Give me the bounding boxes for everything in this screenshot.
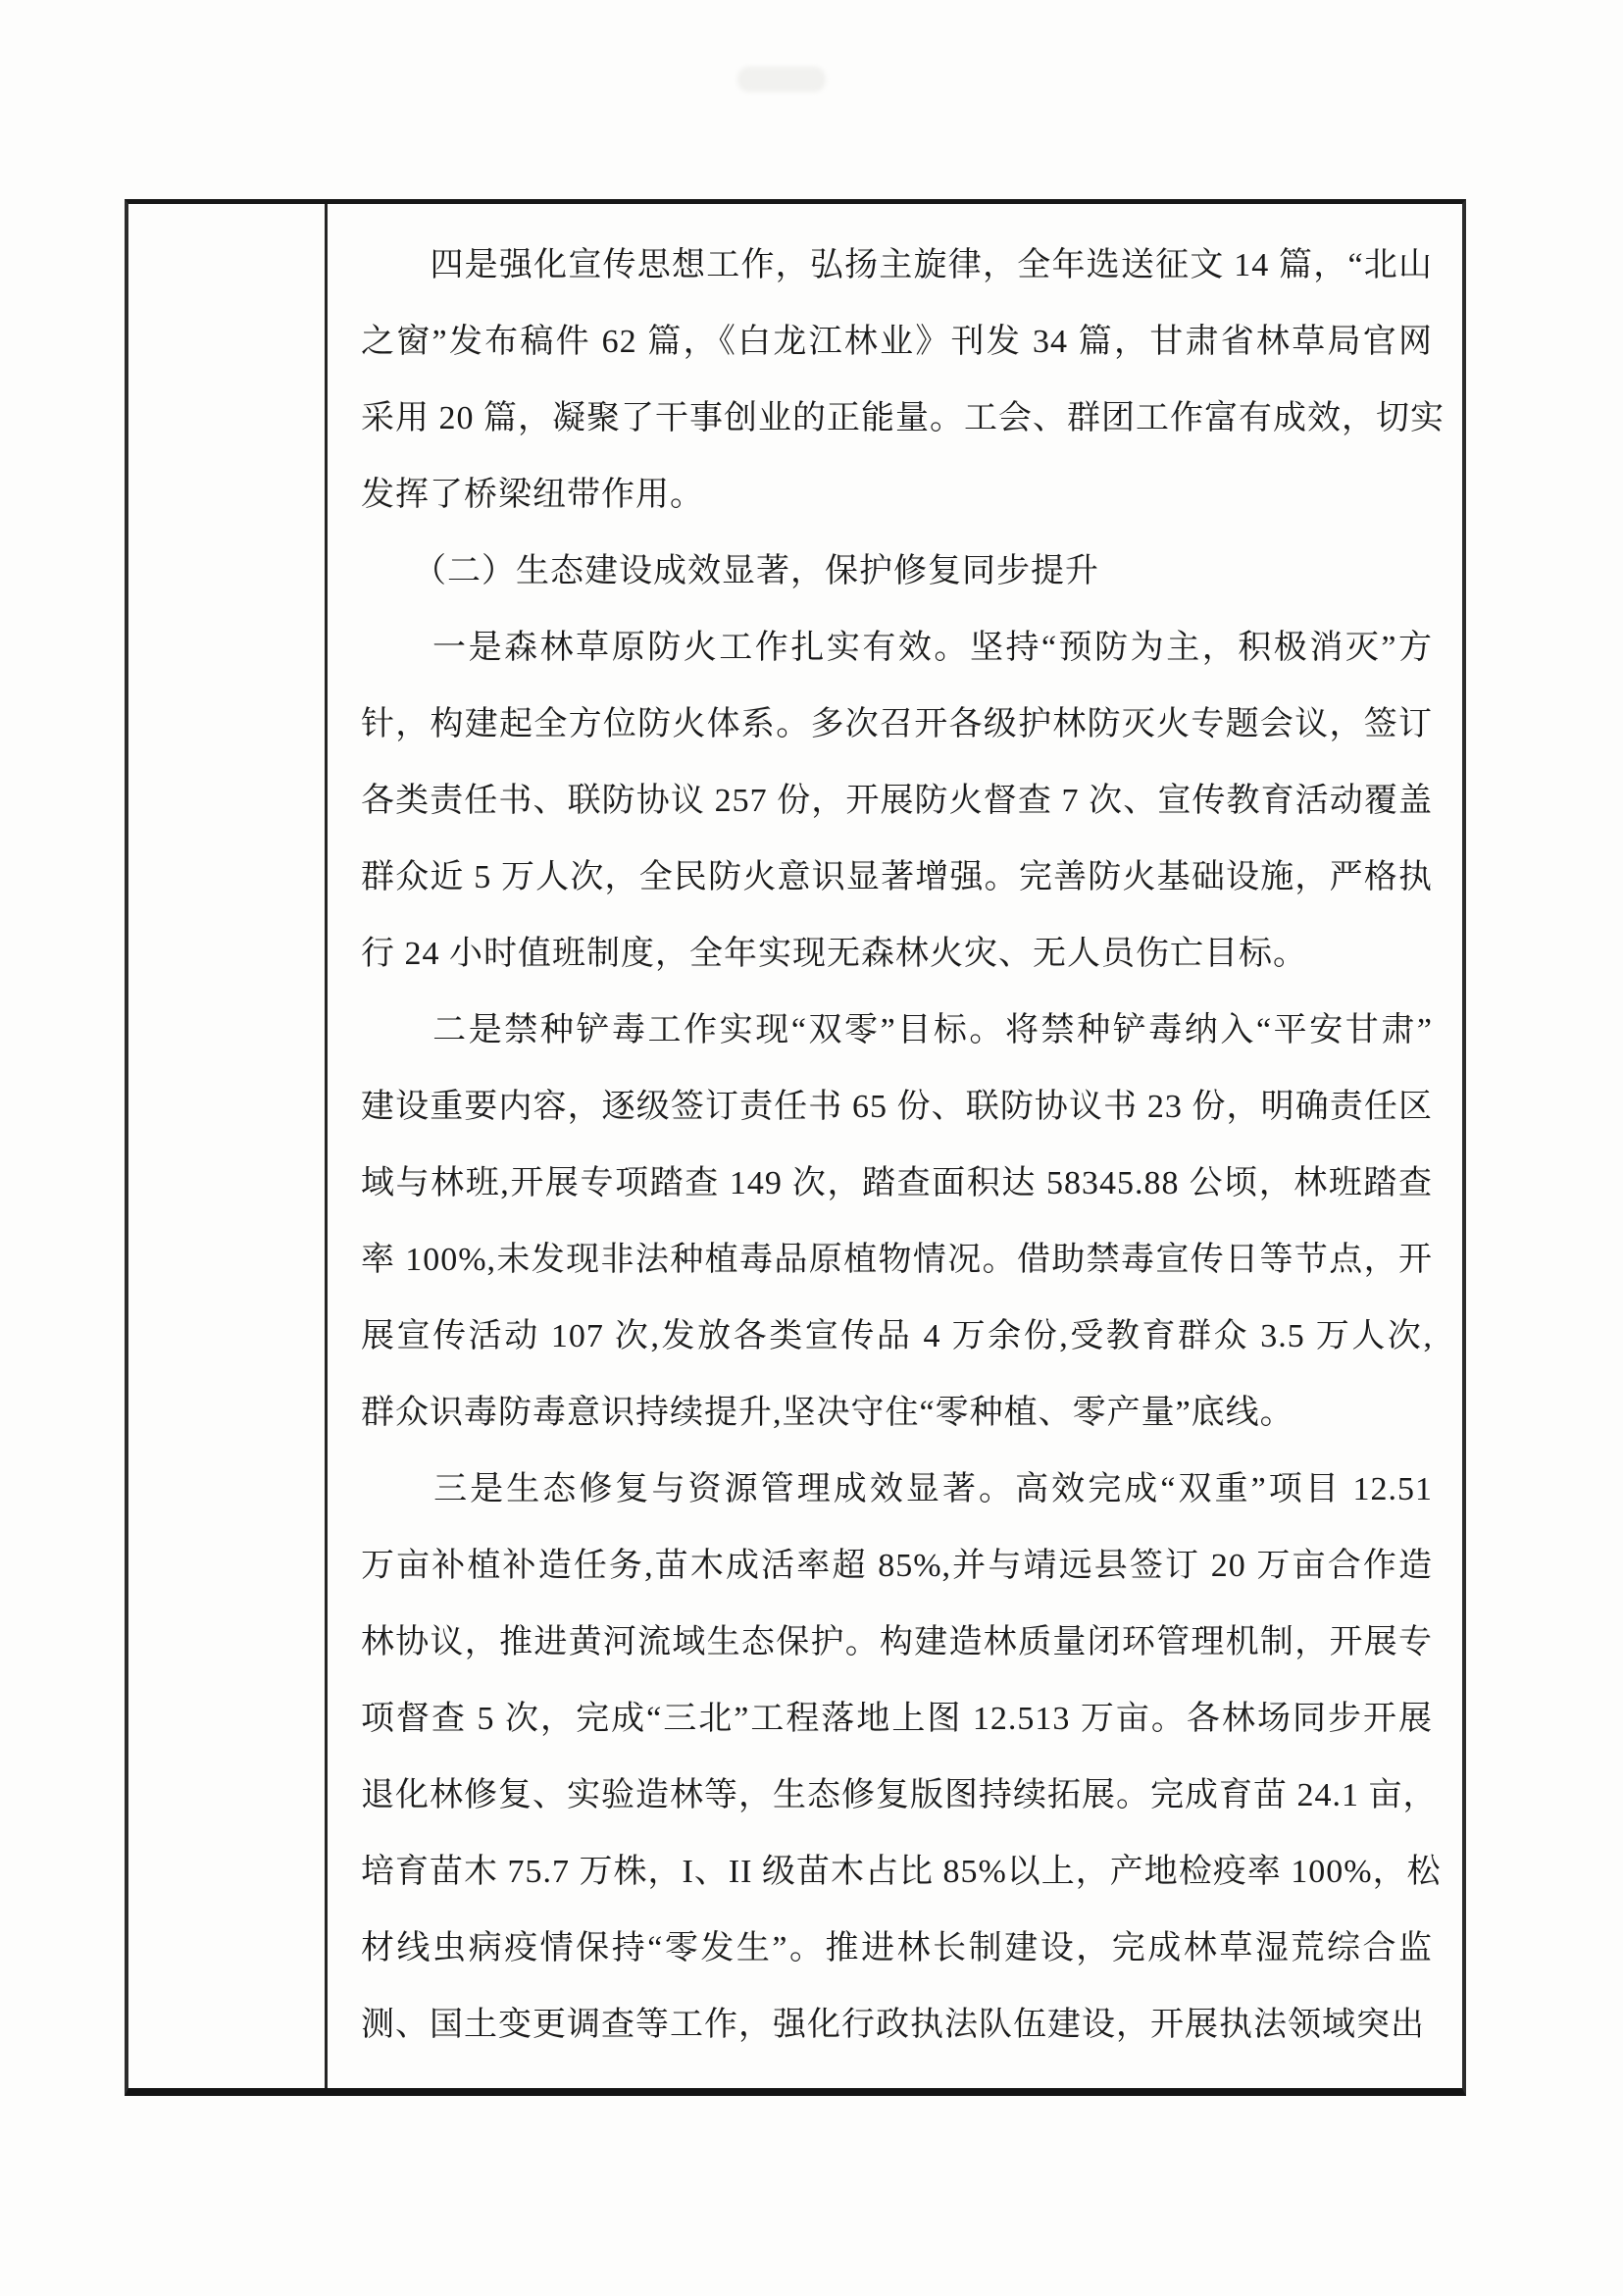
text-line: 采用 20 篇，凝聚了干事创业的正能量。工会、群团工作富有成效，切实 xyxy=(361,381,1433,457)
text-line: 建设重要内容，逐级签订责任书 65 份、联防协议书 23 份，明确责任区 xyxy=(361,1069,1433,1146)
text-line: 各类责任书、联防协议 257 份，开展防火督查 7 次、宣传教育活动覆盖 xyxy=(361,763,1433,840)
text-line: 测、国土变更调查等工作，强化行政执法队伍建设，开展执法领域突出 xyxy=(361,1987,1433,2064)
text-line: 培育苗木 75.7 万株，I、II 级苗木占比 85%以上，产地检疫率 100%… xyxy=(361,1834,1433,1911)
text-line: 行 24 小时值班制度，全年实现无森林火灾、无人员伤亡目标。 xyxy=(361,916,1433,993)
text-line: 发挥了桥梁纽带作用。 xyxy=(361,457,1433,534)
text-line: 针，构建起全方位防火体系。多次召开各级护林防灭火专题会议，签订 xyxy=(361,687,1433,763)
report-table: 四是强化宣传思想工作，弘扬主旋律，全年选送征文 14 篇，“北山之窗”发布稿件 … xyxy=(125,199,1466,2096)
text-line: 二是禁种铲毒工作实现“双零”目标。将禁种铲毒纳入“平安甘肃” xyxy=(361,993,1433,1069)
table-left-column-empty xyxy=(128,204,328,2088)
text-line: 率 100%,未发现非法种植毒品原植物情况。借助禁毒宣传日等节点，开 xyxy=(361,1222,1433,1299)
section-heading-line: （二）生态建设成效显著，保护修复同步提升 xyxy=(361,534,1433,610)
text-line: 域与林班,开展专项踏查 149 次，踏查面积达 58345.88 公顷，林班踏查 xyxy=(361,1146,1433,1222)
text-line: 之窗”发布稿件 62 篇，《白龙江林业》刊发 34 篇，甘肃省林草局官网 xyxy=(361,304,1433,381)
text-line: 群众识毒防毒意识持续提升,坚决守住“零种植、零产量”底线。 xyxy=(361,1375,1433,1452)
text-line: 材线虫病疫情保持“零发生”。推进林长制建设，完成林草湿荒综合监 xyxy=(361,1911,1433,1987)
table-right-column: 四是强化宣传思想工作，弘扬主旋律，全年选送征文 14 篇，“北山之窗”发布稿件 … xyxy=(328,204,1462,2088)
text-line: 展宣传活动 107 次,发放各类宣传品 4 万余份,受教育群众 3.5 万人次, xyxy=(361,1299,1433,1375)
text-line: 项督查 5 次，完成“三北”工程落地上图 12.513 万亩。各林场同步开展 xyxy=(361,1681,1433,1758)
text-line: 万亩补植补造任务,苗木成活率超 85%,并与靖远县签订 20 万亩合作造 xyxy=(361,1528,1433,1605)
text-line: 一是森林草原防火工作扎实有效。坚持“预防为主，积极消灭”方 xyxy=(361,610,1433,687)
text-line: 群众近 5 万人次，全民防火意识显著增强。完善防火基础设施，严格执 xyxy=(361,840,1433,916)
scan-artifact xyxy=(737,67,826,92)
text-line: 退化林修复、实验造林等，生态修复版图持续拓展。完成育苗 24.1 亩， xyxy=(361,1758,1433,1834)
text-line: 林协议，推进黄河流域生态保护。构建造林质量闭环管理机制，开展专 xyxy=(361,1605,1433,1681)
text-line: 三是生态修复与资源管理成效显著。高效完成“双重”项目 12.51 xyxy=(361,1452,1433,1528)
document-page: 四是强化宣传思想工作，弘扬主旋律，全年选送征文 14 篇，“北山之窗”发布稿件 … xyxy=(0,0,1623,2296)
text-line: 四是强化宣传思想工作，弘扬主旋律，全年选送征文 14 篇，“北山 xyxy=(361,228,1433,304)
